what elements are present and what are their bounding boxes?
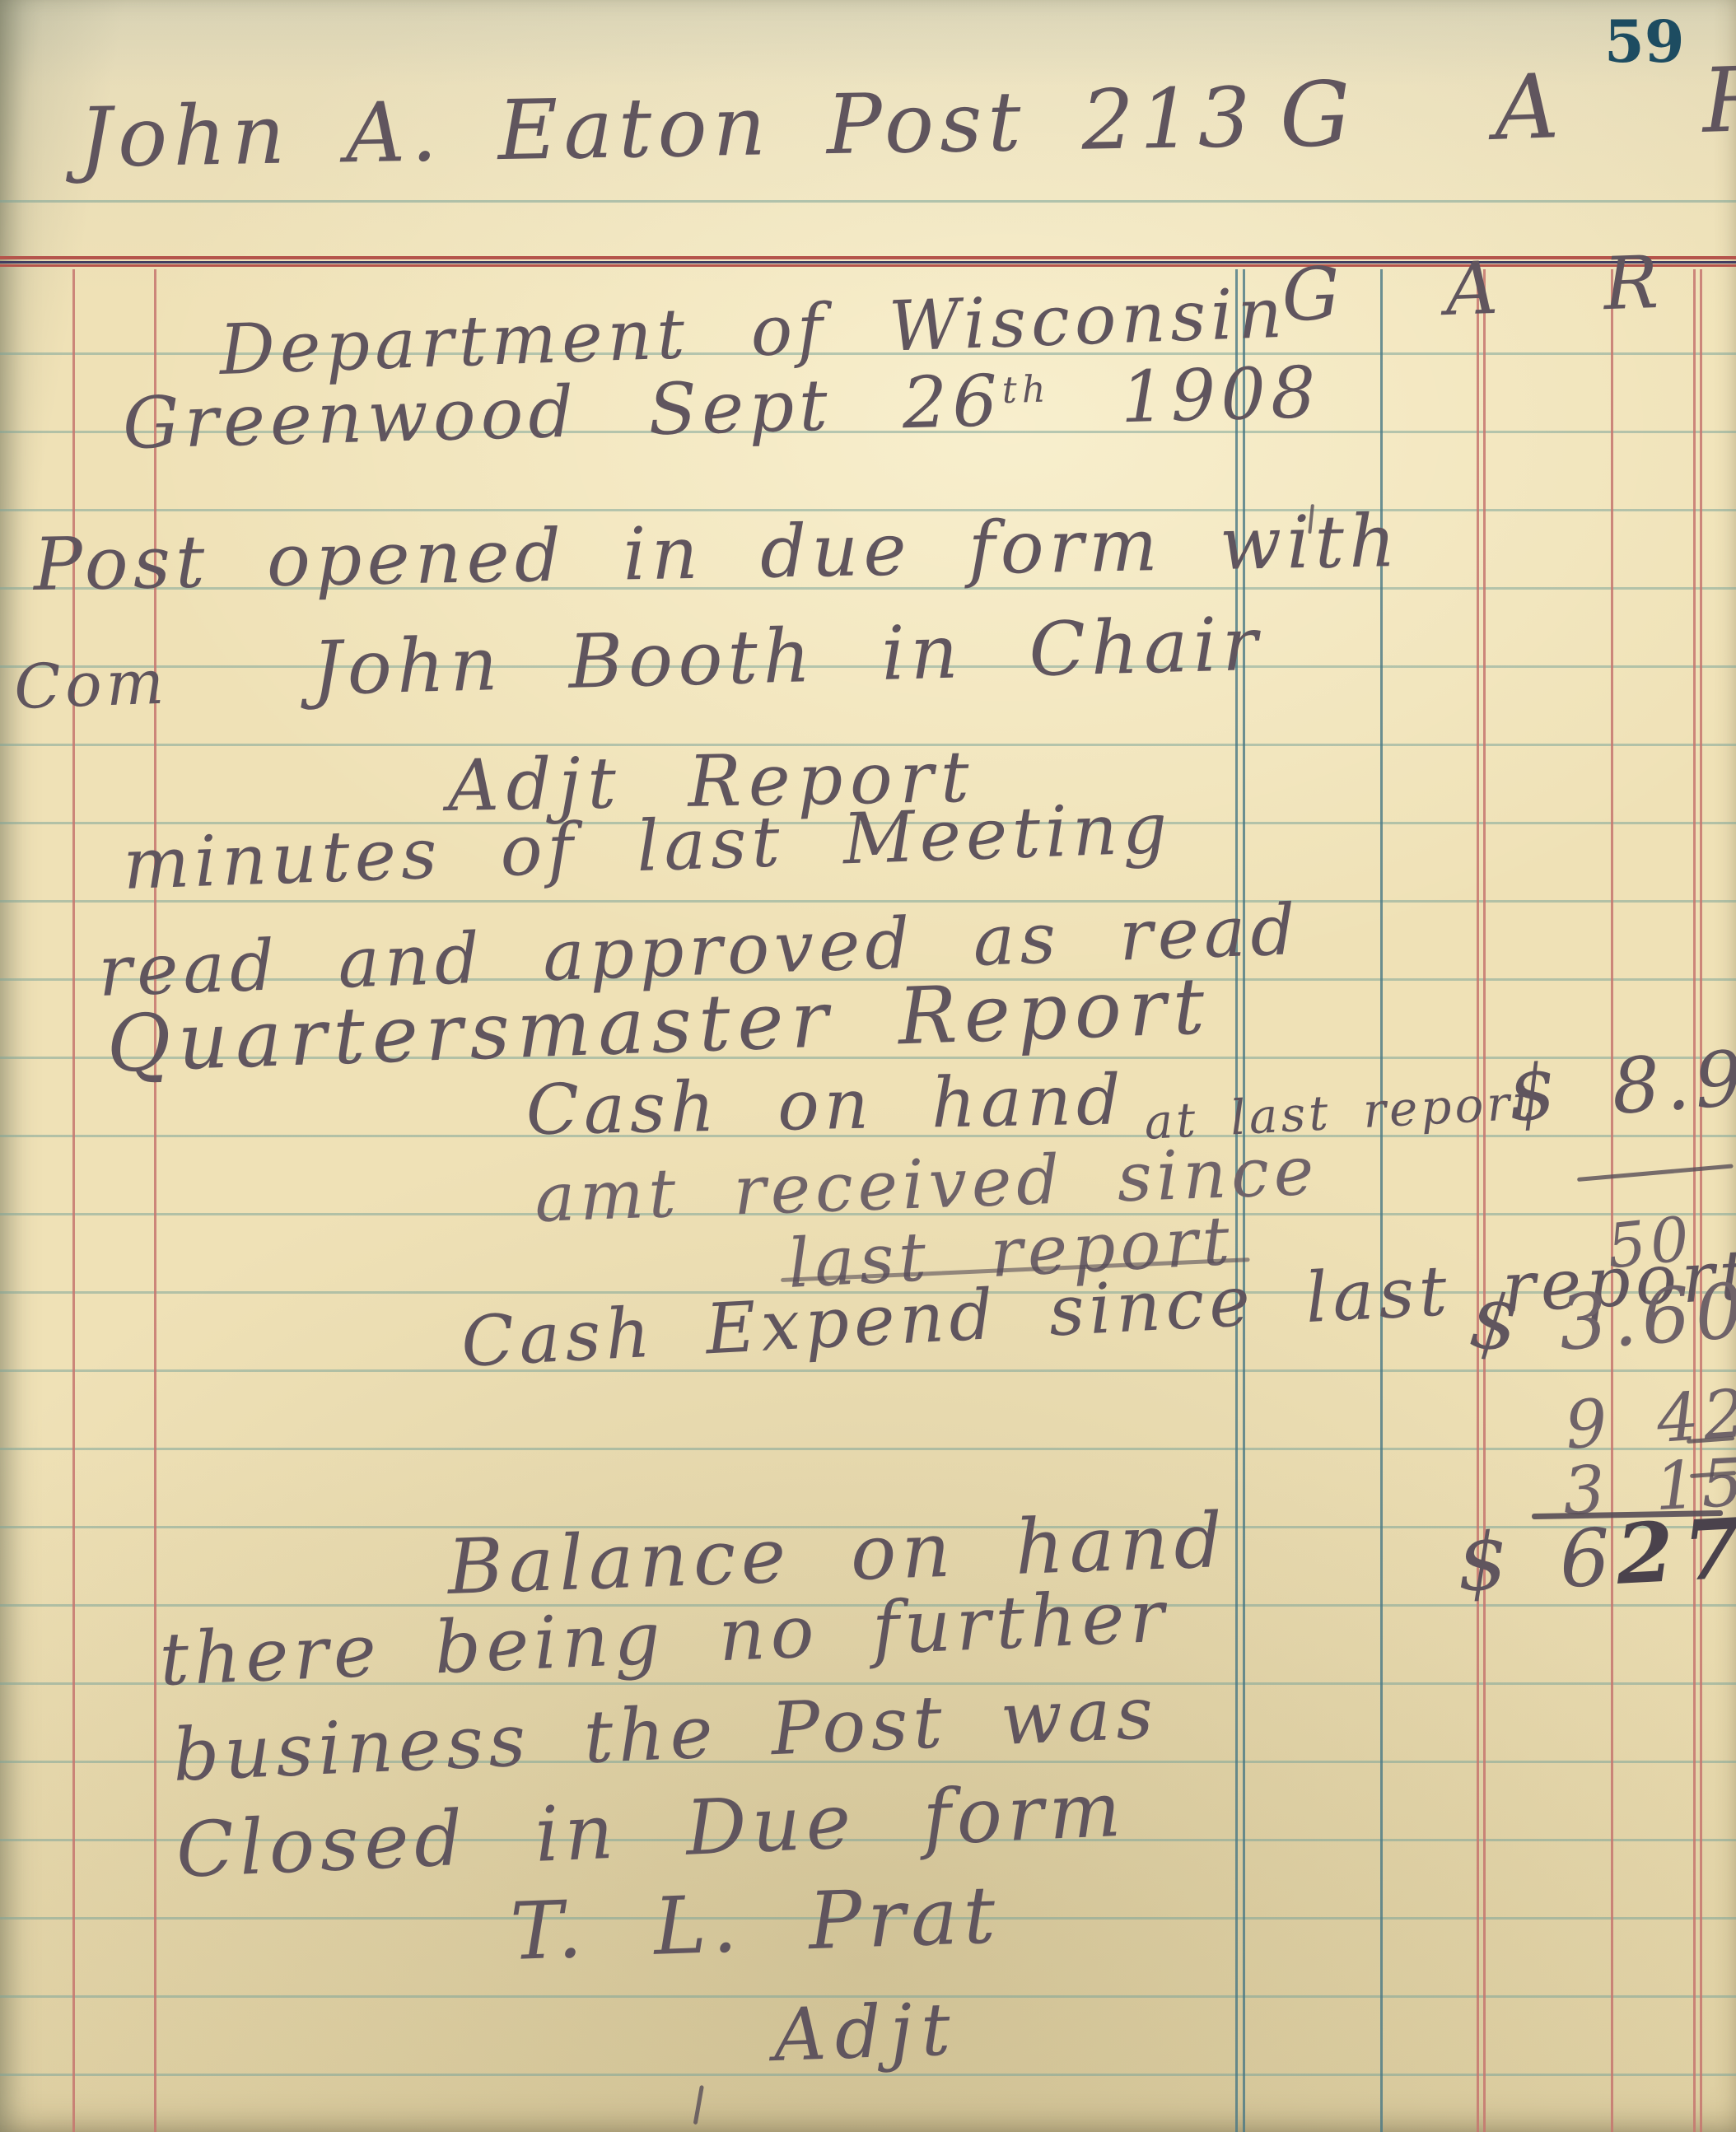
header-baseline-rule: [0, 200, 1736, 203]
signature-name: T. L. Prat: [509, 1875, 1002, 1971]
vertical-line-red-double-b: [1483, 269, 1486, 2132]
cash-on-hand-label: Cash on hand: [525, 1065, 1126, 1145]
vertical-line-red-double-a: [1477, 269, 1479, 2132]
cash-on-hand-amount: $ 8.92: [1505, 1037, 1736, 1133]
date-year: 1908: [1119, 352, 1321, 439]
page-title: John A. Eaton Post 213: [78, 77, 1257, 180]
expended-sign: $: [1466, 1283, 1527, 1364]
expended-amount: 3.60: [1556, 1273, 1736, 1362]
balance-amount: 27: [1614, 1506, 1736, 1595]
vertical-line-red-double-d: [1700, 269, 1702, 2132]
date-ordinal-suffix: th: [1001, 367, 1051, 413]
org-abbreviation-header: G A R: [1278, 54, 1736, 161]
balance-sign: $ 6: [1456, 1518, 1617, 1602]
commander-abbr: Com: [13, 651, 169, 717]
signature-role: Adjt: [772, 1993, 960, 2072]
ledger-page: 59 John A. Eaton Post 213 G A R Departme…: [0, 0, 1736, 2132]
vertical-line-red-double-c: [1693, 269, 1696, 2132]
org-abbreviation-subheader: G A R: [1281, 245, 1691, 332]
vertical-line-red-single: [1611, 269, 1613, 2132]
